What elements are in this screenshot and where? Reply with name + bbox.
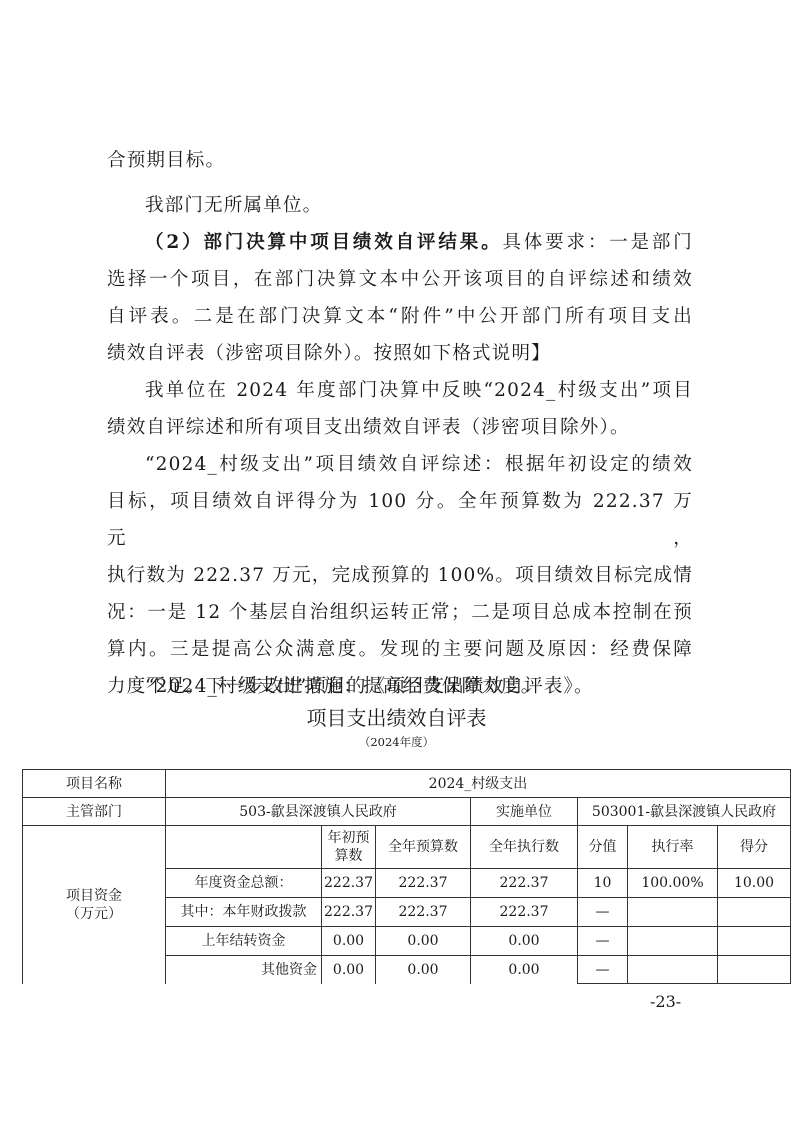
cell-rate: 100.00% (628, 869, 718, 898)
cell-rate (628, 927, 718, 956)
header-text: 年初预 (324, 829, 373, 847)
cell-budget: 0.00 (376, 956, 471, 984)
text-line: “2024_村级支出”项目的《项目支出绩效自评表》。 (145, 676, 594, 697)
table-subtitle: （2024年度） (0, 734, 793, 750)
cell-initial: 222.37 (322, 898, 376, 927)
cell-rate (628, 898, 718, 927)
paragraph-no-subordinate-units: 我部门无所属单位。 (107, 187, 693, 224)
cell-executed: 0.00 (471, 956, 578, 984)
impl-unit-value: 503001-歙县深渡镇人民政府 (578, 798, 791, 826)
cell-score (718, 956, 791, 984)
cell-weight: — (578, 898, 628, 927)
header-initial-budget: 年初预 算数 (322, 826, 376, 869)
cell-executed: 0.00 (471, 927, 578, 956)
text-line: 执行数为 222.37 万元，完成预算的 100%。项目绩效目标完成情 (107, 557, 693, 594)
table-row-department: 主管部门 503-歙县深渡镇人民政府 实施单位 503001-歙县深渡镇人民政府 (23, 798, 791, 826)
header-text: 算数 (324, 847, 373, 865)
cell-initial: 222.37 (322, 869, 376, 898)
cell-weight: — (578, 956, 628, 984)
cell-initial: 0.00 (322, 927, 376, 956)
funds-label: 项目资金 （万元） (23, 826, 166, 984)
row-label: 上年结转资金 (166, 927, 322, 956)
performance-self-evaluation-table: 项目名称 2024_村级支出 主管部门 503-歙县深渡镇人民政府 实施单位 5… (22, 769, 791, 984)
project-name-value: 2024_村级支出 (166, 770, 791, 798)
text-line: 算内。三是提高公众满意度。发现的主要问题及原因：经费保障 (107, 631, 693, 668)
paragraph-table-intro: “2024_村级支出”项目的《项目支出绩效自评表》。 (107, 668, 693, 705)
text-line: 目标，项目绩效自评得分为 100 分。全年预算数为 222.37 万元， (107, 483, 693, 557)
cell-score (718, 898, 791, 927)
cell-rate (628, 956, 718, 984)
text-line: 我部门无所属单位。 (145, 195, 322, 216)
funds-label-line: 项目资金 (25, 887, 163, 905)
paragraph-continuation: 合预期目标。 (107, 142, 693, 179)
cell-weight: — (578, 927, 628, 956)
paragraph-requirements: （2）部门决算中项目绩效自评结果。具体要求：一是部门 选择一个项目，在部门决算文… (107, 224, 693, 372)
cell-budget: 222.37 (376, 898, 471, 927)
cell-score (718, 927, 791, 956)
cell-executed: 222.37 (471, 869, 578, 898)
table-row-funds-header: 项目资金 （万元） 年初预 算数 全年预算数 全年执行数 分值 执行率 得分 (23, 826, 791, 869)
text-line: 合预期目标。 (107, 150, 225, 171)
header-score: 得分 (718, 826, 791, 869)
row-label: 年度资金总额： (166, 869, 322, 898)
header-execution-rate: 执行率 (628, 826, 718, 869)
header-annual-budget: 全年预算数 (376, 826, 471, 869)
text-line: 况：一是 12 个基层自治组织运转正常；二是项目总成本控制在预 (107, 594, 693, 631)
impl-unit-label: 实施单位 (471, 798, 578, 826)
text-line: 自评表。二是在部门决算文本“附件”中公开部门所有项目支出 (107, 298, 693, 335)
text-line: 绩效自评表（涉密项目除外）。按照如下格式说明】 (107, 335, 693, 372)
paragraph-self-evaluation-summary: “2024_村级支出”项目绩效自评综述：根据年初设定的绩效 目标，项目绩效自评得… (107, 446, 693, 705)
header-weight: 分值 (578, 826, 628, 869)
page-number: -23- (650, 992, 681, 1011)
table-title: 项目支出绩效自评表 (0, 702, 793, 731)
dept-label: 主管部门 (23, 798, 166, 826)
text-line: “2024_村级支出”项目绩效自评综述：根据年初设定的绩效 (107, 446, 693, 483)
header-annual-execution: 全年执行数 (471, 826, 578, 869)
cell-initial: 0.00 (322, 956, 376, 984)
funds-unit-line: （万元） (25, 905, 163, 923)
cell-budget: 0.00 (376, 927, 471, 956)
empty-header-cell (166, 826, 322, 869)
cell-score: 10.00 (718, 869, 791, 898)
dept-value: 503-歙县深渡镇人民政府 (166, 798, 471, 826)
cell-executed: 222.37 (471, 898, 578, 927)
text-line: （2）部门决算中项目绩效自评结果。具体要求：一是部门 (107, 224, 693, 261)
text-line: 绩效自评综述和所有项目支出绩效自评表（涉密项目除外）。 (107, 409, 693, 446)
row-label: 其中：本年财政拨款 (166, 898, 322, 927)
row-label: 其他资金 (166, 956, 322, 984)
section-heading: （2）部门决算中项目绩效自评结果。 (145, 232, 502, 253)
paragraph-unit-statement: 我单位在 2024 年度部门决算中反映“2024_村级支出”项目 绩效自评综述和… (107, 372, 693, 446)
text-line: 选择一个项目，在部门决算文本中公开该项目的自评综述和绩效 (107, 261, 693, 298)
table-row-project-name: 项目名称 2024_村级支出 (23, 770, 791, 798)
cell-budget: 222.37 (376, 869, 471, 898)
text-fragment: 具体要求：一是部门 (502, 232, 693, 253)
cell-weight: 10 (578, 869, 628, 898)
text-line: 我单位在 2024 年度部门决算中反映“2024_村级支出”项目 (107, 372, 693, 409)
project-name-label: 项目名称 (23, 770, 166, 798)
